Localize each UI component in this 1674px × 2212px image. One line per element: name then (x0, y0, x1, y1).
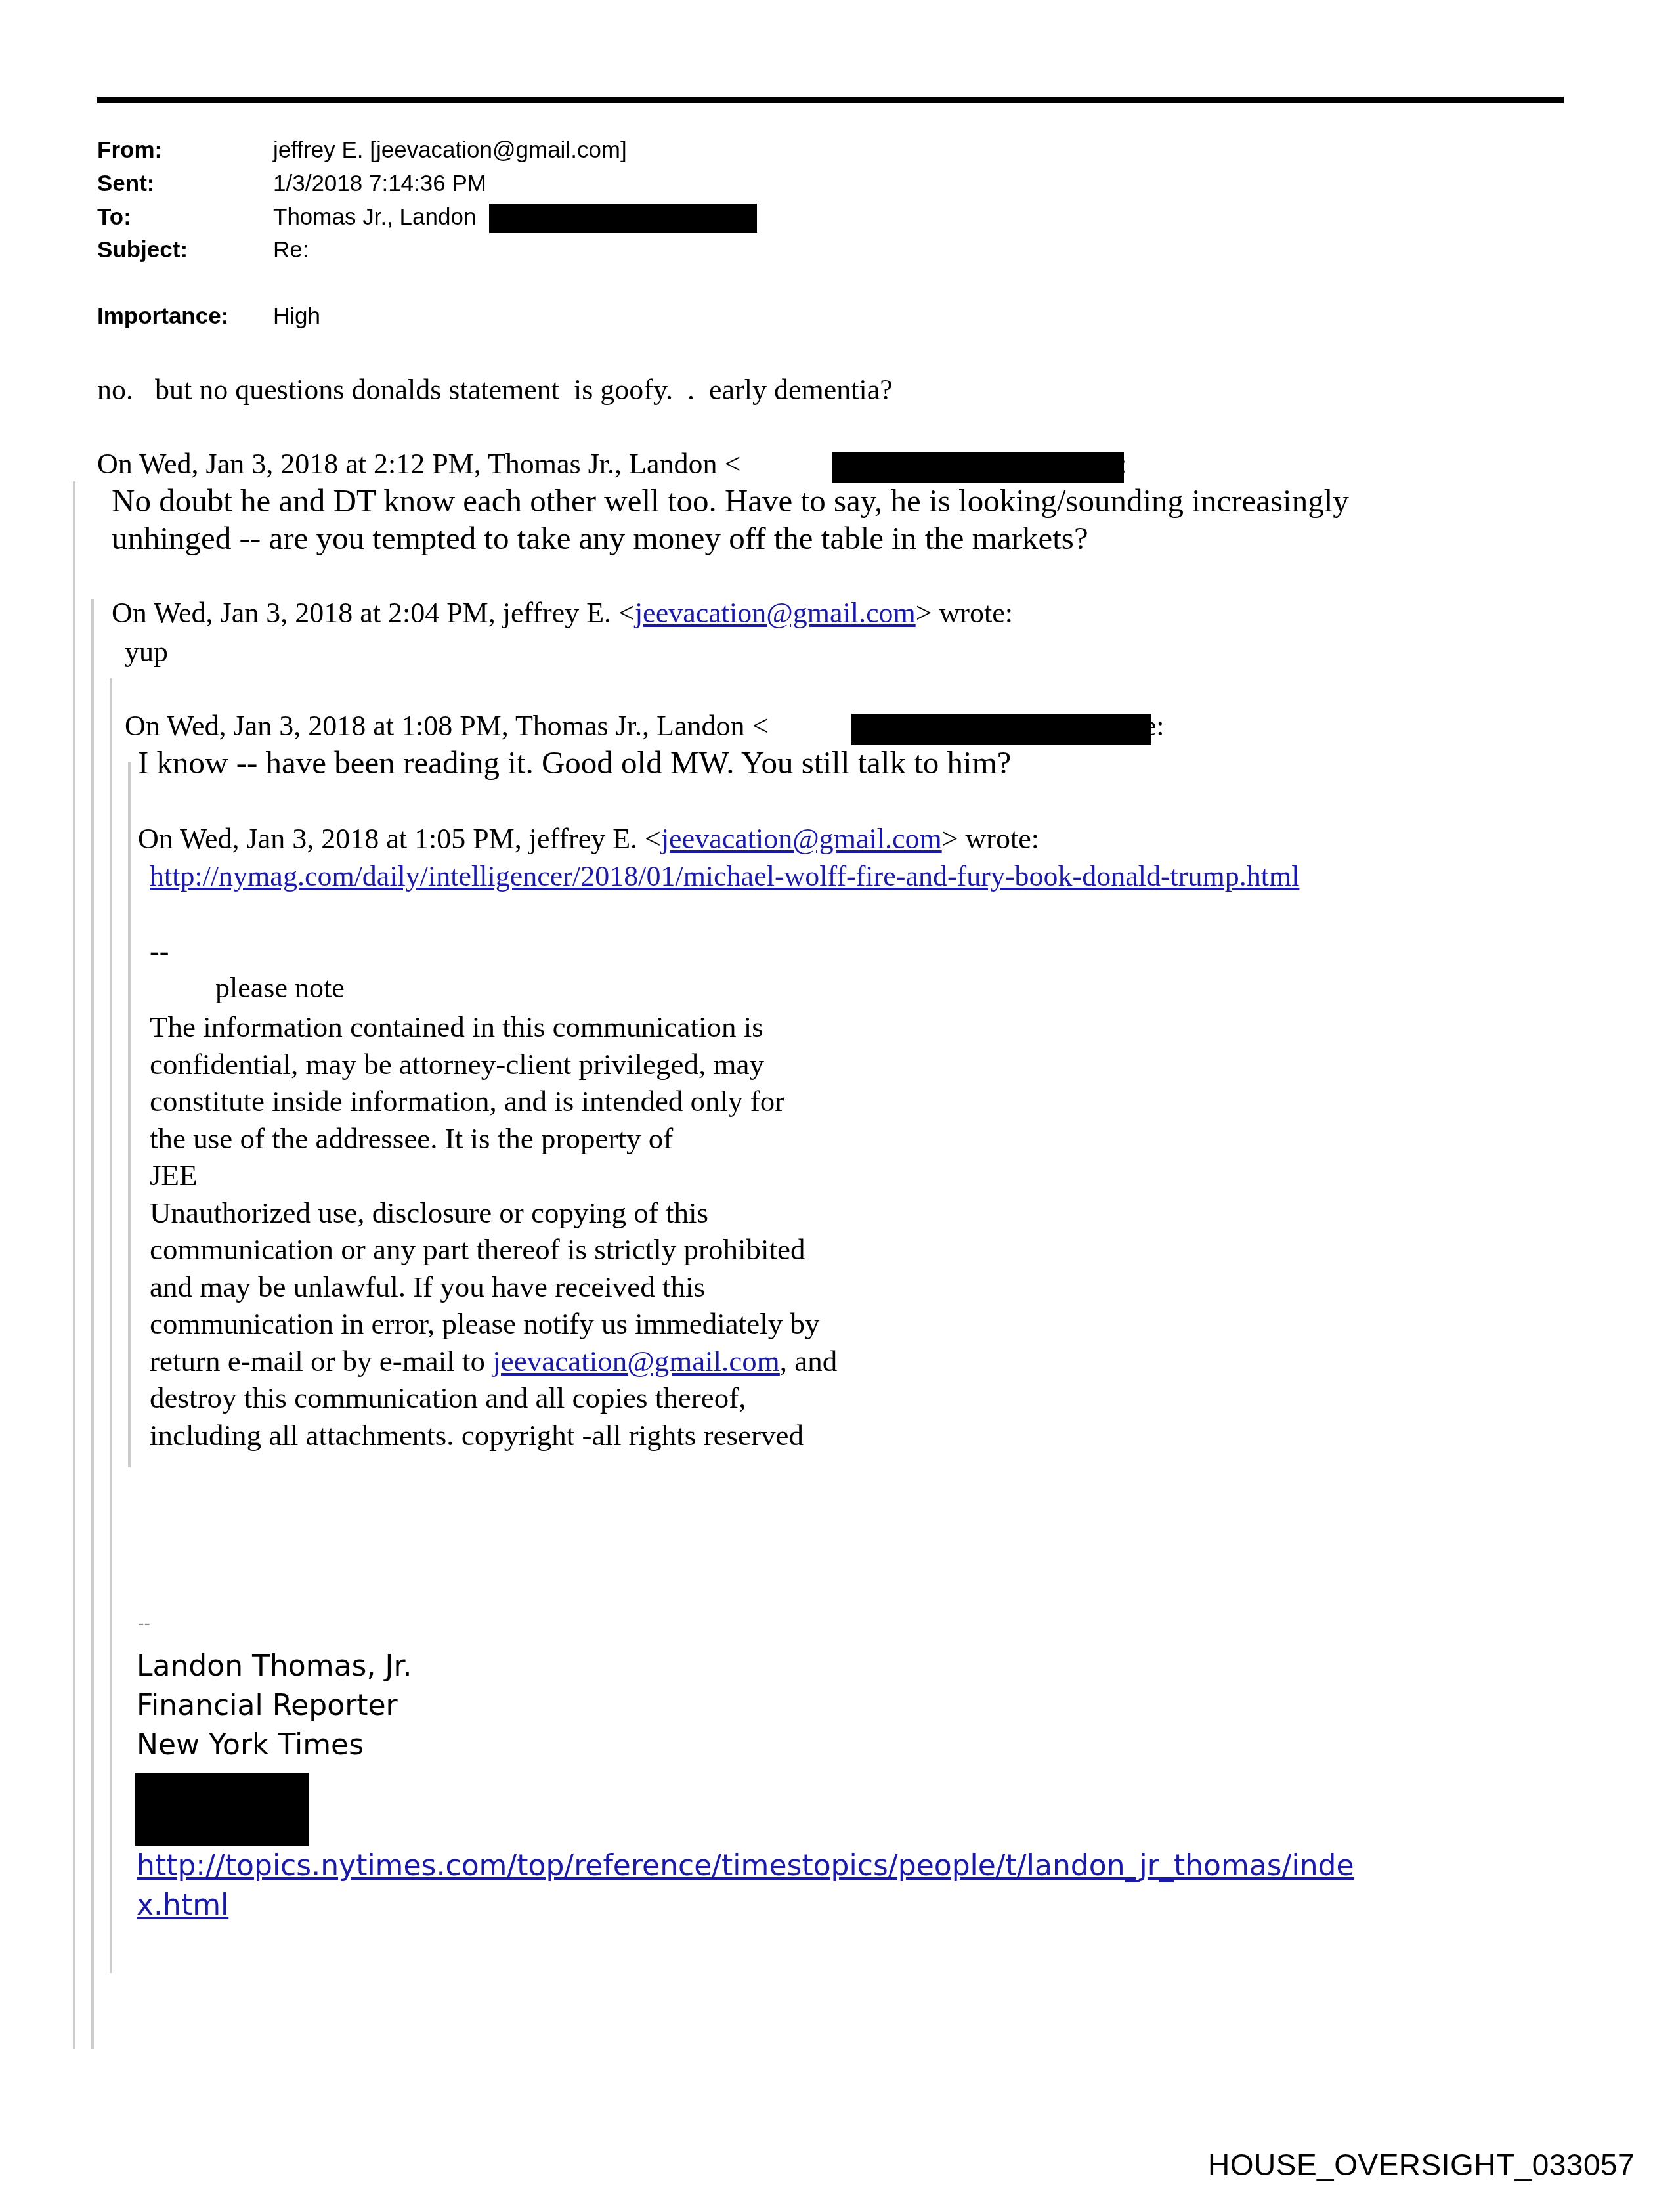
disclaimer-line: The information contained in this commun… (150, 1008, 837, 1046)
disclaimer-line: Unauthorized use, disclosure or copying … (150, 1194, 837, 1232)
quote-body-1-line-2: unhinged -- are you tempted to take any … (112, 519, 1088, 557)
signature-name: Landon Thomas, Jr. (137, 1647, 412, 1686)
quote-body-2: yup (125, 634, 168, 670)
signature-title: Financial Reporter (137, 1686, 398, 1725)
profile-link-line-2[interactable]: x.html (137, 1886, 228, 1925)
email-link[interactable]: jeevacation@gmail.com (635, 597, 916, 629)
disclaimer-text: , and (780, 1345, 837, 1377)
sent-label: Sent: (97, 170, 155, 198)
article-link[interactable]: http://nymag.com/daily/intelligencer/201… (150, 859, 1299, 894)
disclaimer-line: destroy this communication and all copie… (150, 1379, 837, 1417)
bates-number: HOUSE_OVERSIGHT_033057 (1208, 2147, 1635, 2182)
quote-attribution-4: On Wed, Jan 3, 2018 at 1:05 PM, jeffrey … (138, 821, 1039, 857)
signature-separator: -- (138, 1614, 150, 1634)
subject-label: Subject: (97, 236, 188, 264)
quote-bar-level-4 (128, 762, 131, 1467)
profile-link-line-1[interactable]: http://topics.nytimes.com/top/reference/… (137, 1846, 1354, 1886)
disclaimer-line: communication in error, please notify us… (150, 1305, 837, 1343)
redaction-box (832, 452, 1124, 483)
subject-value: Re: (273, 236, 309, 264)
email-link[interactable]: jeevacation@gmail.com (661, 823, 942, 855)
quote-bar-level-1 (73, 481, 75, 2049)
attribution-suffix: > wrote: (942, 823, 1039, 855)
quote-body-1-line-1: No doubt he and DT know each other well … (112, 482, 1349, 520)
disclaimer-line: and may be unlawful. If you have receive… (150, 1269, 837, 1306)
disclaimer-line: the use of the addressee. It is the prop… (150, 1120, 837, 1158)
disclaimer-line: JEE (150, 1157, 837, 1194)
attribution-suffix: > wrote: (916, 597, 1013, 629)
confidentiality-disclaimer: The information contained in this commun… (150, 1008, 837, 1454)
disclaimer-line: confidential, may be attorney-client pri… (150, 1046, 837, 1083)
redaction-box (489, 204, 757, 233)
quote-bar-level-3 (110, 678, 112, 1973)
attribution-text: On Wed, Jan 3, 2018 at 2:12 PM, Thomas J… (97, 448, 740, 480)
please-note-text: please note (215, 970, 345, 1006)
quote-bar-level-2 (91, 599, 94, 2049)
disclaimer-line: communication or any part thereof is str… (150, 1231, 837, 1269)
attribution-text: On Wed, Jan 3, 2018 at 1:05 PM, jeffrey … (138, 823, 661, 855)
importance-value: High (273, 303, 320, 330)
redaction-box (135, 1773, 309, 1846)
email-link[interactable]: jeevacation@gmail.com (492, 1345, 780, 1377)
from-value: jeffrey E. [jeevacation@gmail.com] (273, 137, 627, 164)
to-label: To: (97, 204, 131, 231)
sent-value: 1/3/2018 7:14:36 PM (273, 170, 486, 198)
quote-attribution-2: On Wed, Jan 3, 2018 at 2:04 PM, jeffrey … (112, 596, 1013, 631)
signature-organization: New York Times (137, 1725, 364, 1765)
importance-label: Importance: (97, 303, 228, 330)
from-label: From: (97, 137, 162, 164)
disclaimer-text: return e-mail or by e-mail to (150, 1345, 492, 1377)
disclaimer-line: including all attachments. copyright -al… (150, 1417, 837, 1454)
attribution-text: On Wed, Jan 3, 2018 at 1:08 PM, Thomas J… (125, 710, 768, 742)
signature-separator: -- (150, 934, 169, 969)
header-rule (97, 97, 1564, 103)
reply-body: no. but no questions donalds statement i… (97, 372, 893, 408)
to-value: Thomas Jr., Landon (273, 204, 476, 231)
redaction-box (851, 714, 1151, 745)
disclaimer-line: constitute inside information, and is in… (150, 1083, 837, 1120)
quote-body-3: I know -- have been reading it. Good old… (138, 744, 1012, 782)
disclaimer-line-email: return e-mail or by e-mail to jeevacatio… (150, 1343, 837, 1380)
attribution-text: On Wed, Jan 3, 2018 at 2:04 PM, jeffrey … (112, 597, 635, 629)
